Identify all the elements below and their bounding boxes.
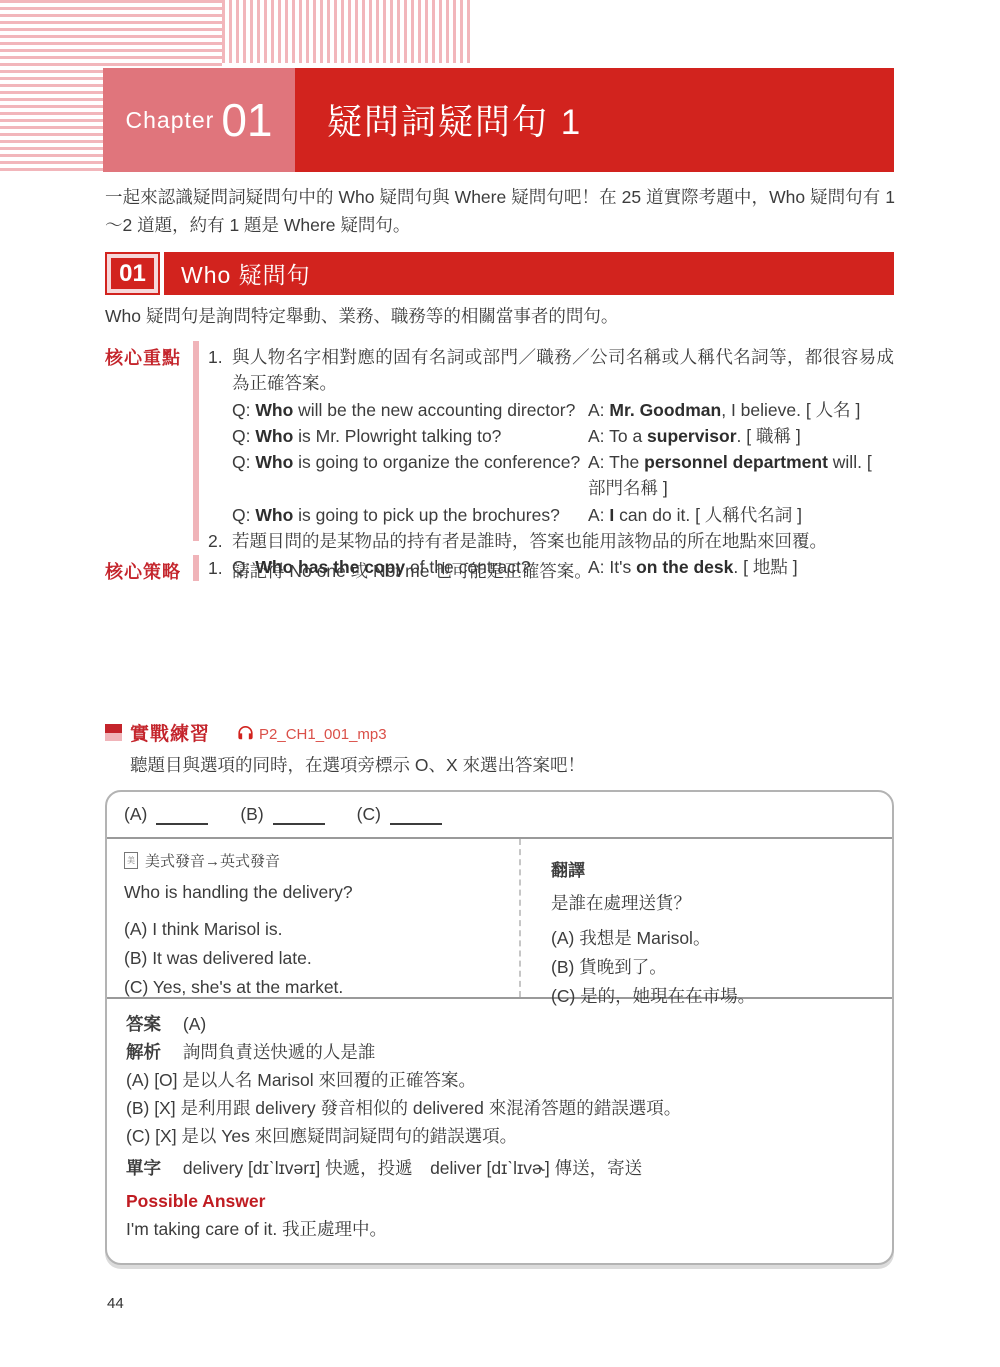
answer-blank-line[interactable] [156, 808, 208, 825]
answer-blank-group: (B) [240, 804, 324, 825]
section-title: Who 疑問句 [181, 257, 311, 290]
page-number: 44 [107, 1295, 124, 1312]
translation-label: 翻譯 [551, 856, 892, 881]
translation-options: (A) 我想是 Marisol。 (B) 貨晚到了。 (C) 是的，她現在在市場… [551, 924, 892, 1011]
core-point-item: 1. 與人物名字相對應的固有名詞或部門／職務／公司名稱或人稱代名詞等，都很容易成… [208, 344, 894, 397]
answer-value: (A) [183, 1014, 206, 1034]
q-label: Q: [232, 505, 250, 525]
a-post: will. [828, 452, 862, 472]
qa-answer: A: I can do it. [ 人稱代名詞 ] [588, 502, 894, 528]
accent-note: 美式發音→英式發音 [145, 850, 280, 871]
vocab-label: 單字 [126, 1158, 161, 1178]
answer-blank-line[interactable] [390, 808, 442, 825]
core-points-content: 1. 與人物名字相對應的固有名詞或部門／職務／公司名稱或人稱代名詞等，都很容易成… [208, 344, 894, 581]
section-number: 01 [111, 258, 154, 289]
item-number: 1. [208, 344, 232, 397]
q-text: is going to pick up the brochures? [293, 505, 560, 525]
translation-option-b: (B) 貨晚到了。 [551, 953, 892, 982]
explanation-section: 答案 (A) 解析 詢問負責送快遞的人是誰 (A) [O] 是以人名 Maris… [107, 999, 892, 1263]
practice-box: (A) (B) (C) 美 美式發音→英式發音 Who is handling … [105, 790, 894, 1265]
analysis-label: 解析 [126, 1042, 161, 1062]
core-points-label: 核心重點 [105, 344, 181, 370]
blank-label: (B) [240, 804, 263, 825]
audio-file-name: P2_CH1_001_mp3 [259, 726, 387, 743]
section-header: 01 Who 疑問句 [105, 252, 894, 295]
answer-row: 答案 (A) [126, 1010, 873, 1038]
q-keyword: Who [255, 400, 293, 420]
blank-label: (A) [124, 804, 147, 825]
intro-paragraph: 一起來認識疑問詞疑問句中的 Who 疑問句與 Where 疑問句吧！在 25 道… [105, 183, 895, 239]
answer-blank-group: (A) [124, 804, 208, 825]
a-label: A: [588, 426, 605, 446]
practice-hint: 聽題目與選項的同時，在選項旁標示 O、X 來選出答案吧！ [130, 752, 585, 777]
accent-note-row: 美 美式發音→英式發音 [124, 850, 519, 871]
analysis-line: (B) [X] 是利用跟 delivery 發音相似的 delivered 來混… [126, 1094, 873, 1122]
translation-option-a: (A) 我想是 Marisol。 [551, 924, 892, 953]
q-keyword: Who [255, 505, 293, 525]
q-label: Q: [232, 400, 250, 420]
a-label: A: [588, 452, 605, 472]
item-number: 2. [208, 528, 232, 554]
a-label: A: [588, 400, 605, 420]
answer-blank-line[interactable] [273, 808, 325, 825]
core-point-item: 2. 若題目問的是某物品的持有者是誰時，答案也能用該物品的所在地點來回覆。 [208, 528, 894, 554]
qa-row: Q: Who is going to organize the conferen… [232, 449, 894, 502]
textbook-page: Chapter 01 疑問詞疑問句 1 一起來認識疑問詞疑問句中的 Who 疑問… [0, 0, 1000, 1367]
core-points-accent-bar [193, 341, 199, 541]
answer-label: 答案 [126, 1014, 161, 1034]
chapter-title-block: 疑問詞疑問句 1 [295, 68, 894, 172]
section-description: Who 疑問句是詢問特定舉動、業務、職務等的相關當事者的問句。 [105, 303, 895, 328]
possible-answer-text: I'm taking care of it. 我正處理中。 [126, 1215, 873, 1243]
a-keyword: Mr. Goodman [609, 400, 721, 420]
analysis-row: 解析 詢問負責送快遞的人是誰 [126, 1038, 873, 1066]
a-tag: [ 人名 ] [806, 400, 860, 420]
q-text: is going to organize the conference? [293, 452, 580, 472]
a-label: A: [588, 505, 605, 525]
possible-answer-label: Possible Answer [126, 1187, 873, 1215]
core-strategy-content: 1. 請記得 No one 或 Not me 也可能是正確答案。 [208, 558, 894, 583]
section-number-badge: 01 [105, 252, 160, 295]
qa-answer: A: The personnel department will. [ 部門名稱… [588, 449, 894, 502]
translation-question: 是誰在處理送貨？ [551, 890, 892, 915]
q-text: is Mr. Plowright talking to? [293, 426, 501, 446]
qa-row: Q: Who is going to pick up the brochures… [232, 502, 894, 528]
qa-question: Q: Who will be the new accounting direct… [232, 397, 588, 423]
q-label: Q: [232, 452, 250, 472]
option-b: (B) It was delivered late. [124, 944, 519, 973]
qa-row: Q: Who will be the new accounting direct… [232, 397, 894, 423]
item-text: 與人物名字相對應的固有名詞或部門／職務／公司名稱或人稱代名詞等，都很容易成為正確… [232, 344, 894, 397]
answer-blank-row: (A) (B) (C) [107, 792, 892, 839]
qa-answer: A: Mr. Goodman, I believe. [ 人名 ] [588, 397, 894, 423]
practice-square-icon [105, 724, 122, 741]
pronunciation-card-icon: 美 [124, 852, 138, 869]
q-keyword: Who [255, 452, 293, 472]
q-keyword: Who [255, 426, 293, 446]
page-title: 疑問詞疑問句 1 [327, 95, 582, 145]
a-tag: [ 職稱 ] [746, 426, 800, 446]
question-section: 美 美式發音→英式發音 Who is handling the delivery… [107, 839, 892, 999]
a-keyword: supervisor [647, 426, 736, 446]
practice-label: 實戰練習 [130, 719, 210, 746]
a-pre: The [609, 452, 644, 472]
a-post: . [737, 426, 742, 446]
vocab-text: delivery [dɪˋlɪvərɪ] 快遞，投遞 deliver [dɪˋl… [183, 1158, 642, 1178]
section-title-bar: Who 疑問句 [164, 252, 894, 295]
a-keyword: personnel department [644, 452, 828, 472]
practice-options: (A) I think Marisol is. (B) It was deliv… [124, 915, 519, 1002]
a-post: , I believe. [721, 400, 801, 420]
qa-answer: A: To a supervisor. [ 職稱 ] [588, 423, 894, 449]
decor-vertical-stripes [222, 0, 473, 63]
analysis-line: (C) [X] 是以 Yes 來回應疑問詞疑問句的錯誤選項。 [126, 1122, 873, 1150]
qa-question: Q: Who is going to organize the conferen… [232, 449, 588, 502]
item-text: 若題目問的是某物品的持有者是誰時，答案也能用該物品的所在地點來回覆。 [232, 528, 894, 554]
a-post: can do it. [614, 505, 690, 525]
item-text: 請記得 No one 或 Not me 也可能是正確答案。 [232, 558, 894, 583]
practice-header: 實戰練習 P2_CH1_001_mp3 [105, 719, 387, 746]
practice-question: Who is handling the delivery? [124, 882, 519, 903]
a-tag: [ 人稱代名詞 ] [695, 505, 802, 525]
chapter-word: Chapter [126, 107, 215, 134]
qa-question: Q: Who is Mr. Plowright talking to? [232, 423, 588, 449]
english-column: 美 美式發音→英式發音 Who is handling the delivery… [107, 839, 519, 997]
core-strategy-accent-bar [193, 555, 199, 581]
item-number: 1. [208, 558, 232, 583]
vocab-row: 單字 delivery [dɪˋlɪvərɪ] 快遞，投遞 deliver [d… [126, 1154, 873, 1182]
qa-row: Q: Who is Mr. Plowright talking to? A: T… [232, 423, 894, 449]
core-strategy-label: 核心策略 [105, 558, 181, 584]
headphones-icon [236, 724, 255, 743]
core-strategy-item: 1. 請記得 No one 或 Not me 也可能是正確答案。 [208, 558, 894, 583]
a-pre: To a [609, 426, 647, 446]
chapter-number: 01 [221, 97, 272, 143]
q-text: will be the new accounting director? [293, 400, 575, 420]
qa-question: Q: Who is going to pick up the brochures… [232, 502, 588, 528]
option-a: (A) I think Marisol is. [124, 915, 519, 944]
q-label: Q: [232, 426, 250, 446]
chapter-label-block: Chapter 01 [103, 68, 295, 172]
qa-list: Q: Who will be the new accounting direct… [208, 397, 894, 528]
option-c: (C) Yes, she's at the market. [124, 973, 519, 1002]
translation-column: 翻譯 是誰在處理送貨？ (A) 我想是 Marisol。 (B) 貨晚到了。 (… [519, 839, 892, 997]
chapter-banner: Chapter 01 疑問詞疑問句 1 [103, 68, 894, 172]
analysis-text: 詢問負責送快遞的人是誰 [183, 1042, 376, 1062]
answer-blank-group: (C) [357, 804, 442, 825]
analysis-line: (A) [O] 是以人名 Marisol 來回覆的正確答案。 [126, 1066, 873, 1094]
blank-label: (C) [357, 804, 381, 825]
